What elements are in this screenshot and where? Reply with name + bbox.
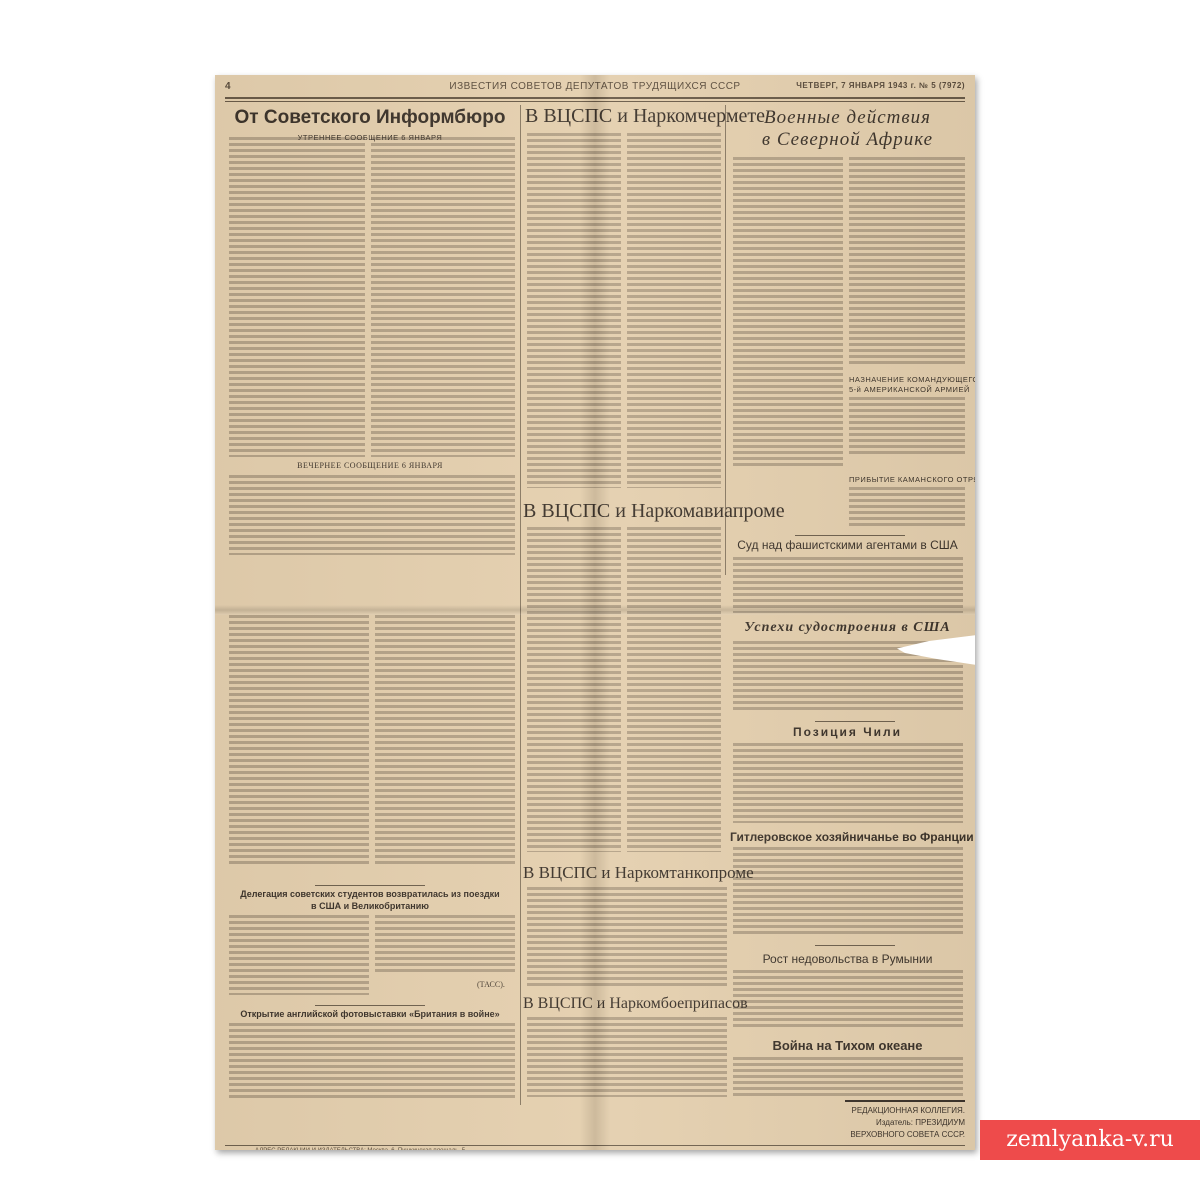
editorial-line: ВЕРХОВНОГО СОВЕТА СССР. bbox=[835, 1129, 965, 1141]
article-body bbox=[229, 615, 369, 865]
subheadline-evening: ВЕЧЕРНЕЕ СООБЩЕНИЕ 6 ЯНВАРЯ bbox=[225, 461, 515, 470]
headline-narkomtankoprom: В ВЦСПС и Наркомтанкопроме bbox=[523, 863, 733, 883]
separator bbox=[845, 1100, 965, 1102]
separator bbox=[315, 885, 425, 886]
article-body bbox=[371, 137, 515, 457]
article-body bbox=[733, 970, 963, 1030]
headline-chile: Позиция Чили bbox=[730, 725, 965, 739]
headline-pacific: Война на Тихом океане bbox=[730, 1038, 965, 1053]
source-tass: (ТАСС). bbox=[477, 980, 505, 989]
fold-crease bbox=[215, 605, 975, 615]
article-body bbox=[229, 475, 515, 555]
article-body bbox=[627, 527, 721, 852]
editorial-board: РЕДАКЦИОННАЯ КОЛЛЕГИЯ. Издатель: ПРЕЗИДИ… bbox=[835, 1105, 965, 1141]
masthead-rule bbox=[225, 97, 965, 99]
separator bbox=[815, 945, 895, 946]
article-body bbox=[733, 157, 843, 467]
headline-students: в США и Великобританию bbox=[225, 901, 515, 911]
footer-address: АДРЕС РЕДАКЦИИ И ИЗДАТЕЛЬСТВА: Москва, 6… bbox=[255, 1148, 467, 1150]
headline: Военные действия bbox=[730, 107, 965, 129]
headline-students: Делегация советских студентов возвратила… bbox=[225, 889, 515, 899]
subheadline: 5-й АМЕРИКАНСКОЙ АРМИЕЙ bbox=[849, 385, 965, 394]
watermark: zemlyanka-v.ru bbox=[980, 1120, 1200, 1160]
article-body bbox=[229, 137, 365, 457]
headline-narkomaviaprom: В ВЦСПС и Наркомавиапроме bbox=[523, 500, 733, 523]
article-body bbox=[527, 527, 621, 852]
newspaper-page: 4 ИЗВЕСТИЯ СОВЕТОВ ДЕПУТАТОВ ТРУДЯЩИХСЯ … bbox=[215, 75, 975, 1150]
headline-shipbuilding: Успехи судостроения в США bbox=[730, 620, 965, 636]
article-body bbox=[849, 157, 965, 367]
subheadline: НАЗНАЧЕНИЕ КОМАНДУЮЩЕГО bbox=[849, 375, 965, 384]
article-body bbox=[229, 1023, 515, 1098]
article-north-africa: Военные действия в Северной Африке bbox=[730, 107, 965, 151]
masthead-rule-thin bbox=[225, 101, 965, 102]
article-body bbox=[733, 1057, 963, 1099]
article-body bbox=[849, 487, 965, 527]
article-body bbox=[527, 887, 727, 987]
headline: От Советского Информбюро bbox=[225, 107, 515, 129]
article-body bbox=[229, 915, 369, 995]
article-body bbox=[527, 133, 621, 488]
article-body bbox=[375, 915, 515, 975]
article-body bbox=[733, 743, 963, 823]
article-body bbox=[733, 847, 963, 937]
headline-narkomboepripasov: В ВЦСПС и Наркомбоеприпасов bbox=[523, 995, 733, 1013]
headline: в Северной Африке bbox=[730, 129, 965, 151]
editorial-line: РЕДАКЦИОННАЯ КОЛЛЕГИЯ. bbox=[835, 1105, 965, 1117]
article-body bbox=[849, 397, 965, 457]
separator bbox=[795, 535, 905, 536]
headline-photo-exhibit: Открытие английской фотовыставки «Британ… bbox=[225, 1009, 515, 1019]
article-body bbox=[627, 133, 721, 488]
editorial-line: Издатель: ПРЕЗИДИУМ bbox=[835, 1117, 965, 1129]
footer-rule bbox=[225, 1145, 965, 1146]
article-body bbox=[375, 615, 515, 865]
headline-romania: Рост недовольства в Румынии bbox=[730, 952, 965, 966]
headline-usa-trial: Суд над фашистскими агентами в США bbox=[730, 538, 965, 552]
headline: В ВЦСПС и Наркомчермете bbox=[525, 105, 725, 128]
separator bbox=[815, 721, 895, 722]
article-narkomchermet: В ВЦСПС и Наркомчермете bbox=[525, 105, 725, 128]
subheadline: ПРИБЫТИЕ КАМАНСКОГО ОТРЯДА bbox=[849, 475, 965, 484]
headline-france: Гитлеровское хозяйничанье во Франции bbox=[730, 830, 965, 844]
masthead: 4 ИЗВЕСТИЯ СОВЕТОВ ДЕПУТАТОВ ТРУДЯЩИХСЯ … bbox=[225, 81, 965, 97]
issue-date: ЧЕТВЕРГ, 7 ЯНВАРЯ 1943 г. № 5 (7972) bbox=[796, 81, 965, 90]
article-body bbox=[527, 1017, 727, 1097]
separator bbox=[315, 1005, 425, 1006]
